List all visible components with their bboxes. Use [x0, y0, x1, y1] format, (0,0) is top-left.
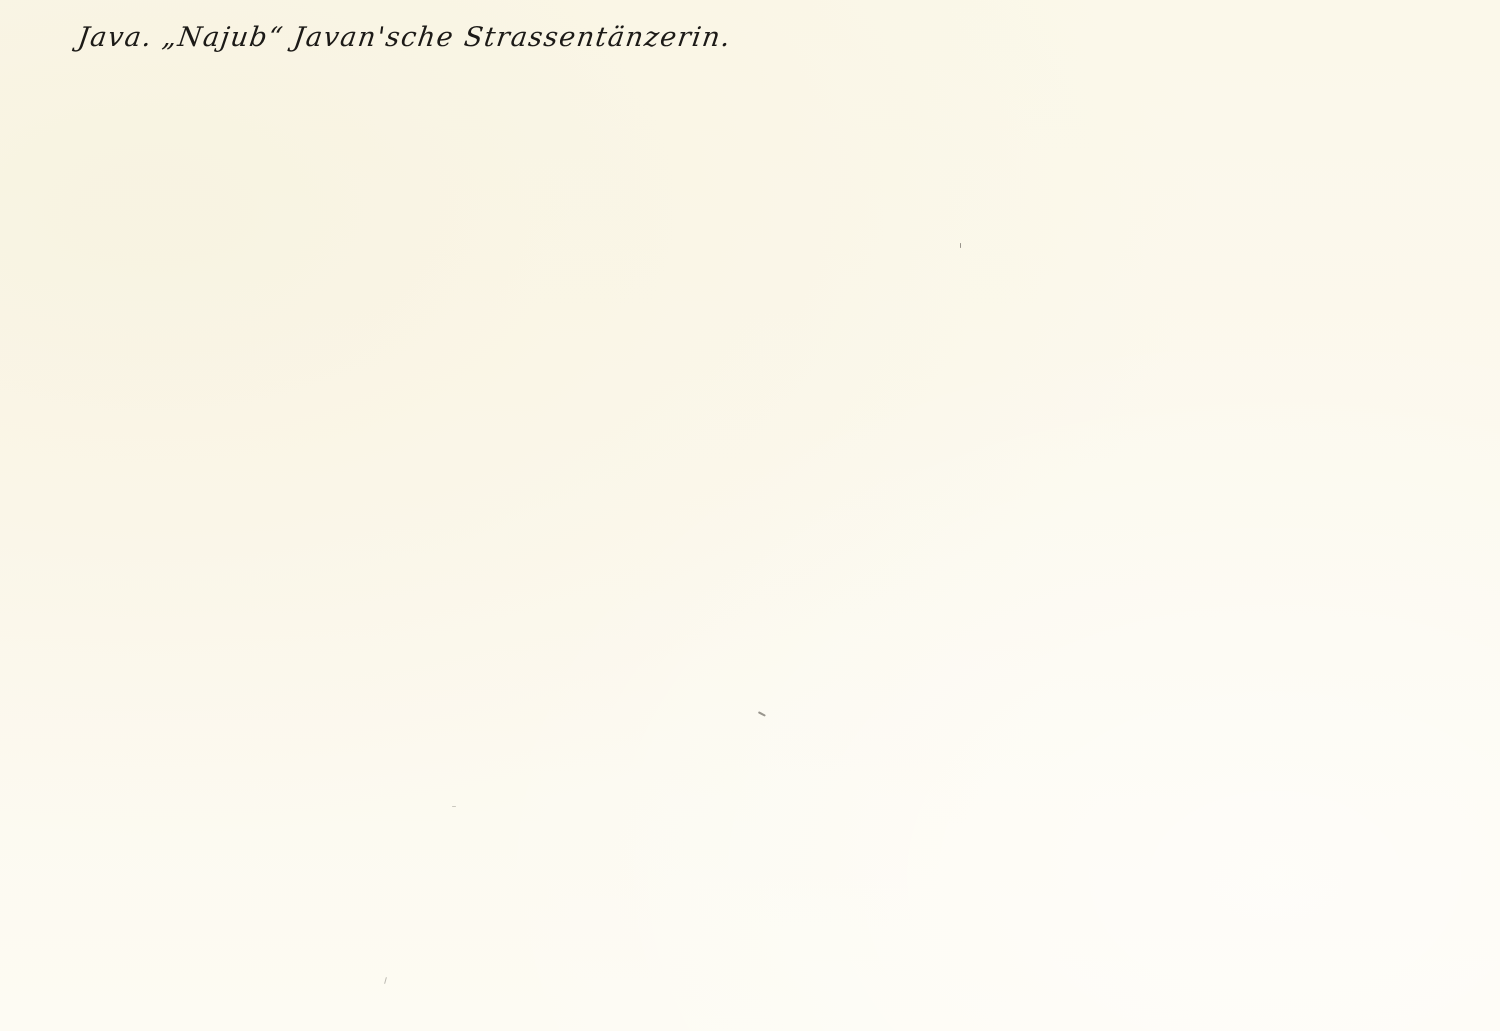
handwritten-caption: Java. „Najub“ Javan'sche Strassentänzeri… [76, 22, 733, 53]
paper-speck [758, 711, 766, 716]
album-page: Java. „Najub“ Javan'sche Strassentänzeri… [0, 0, 1500, 1031]
paper-speck [384, 977, 387, 984]
paper-speck [452, 806, 456, 807]
paper-speck [960, 243, 961, 248]
